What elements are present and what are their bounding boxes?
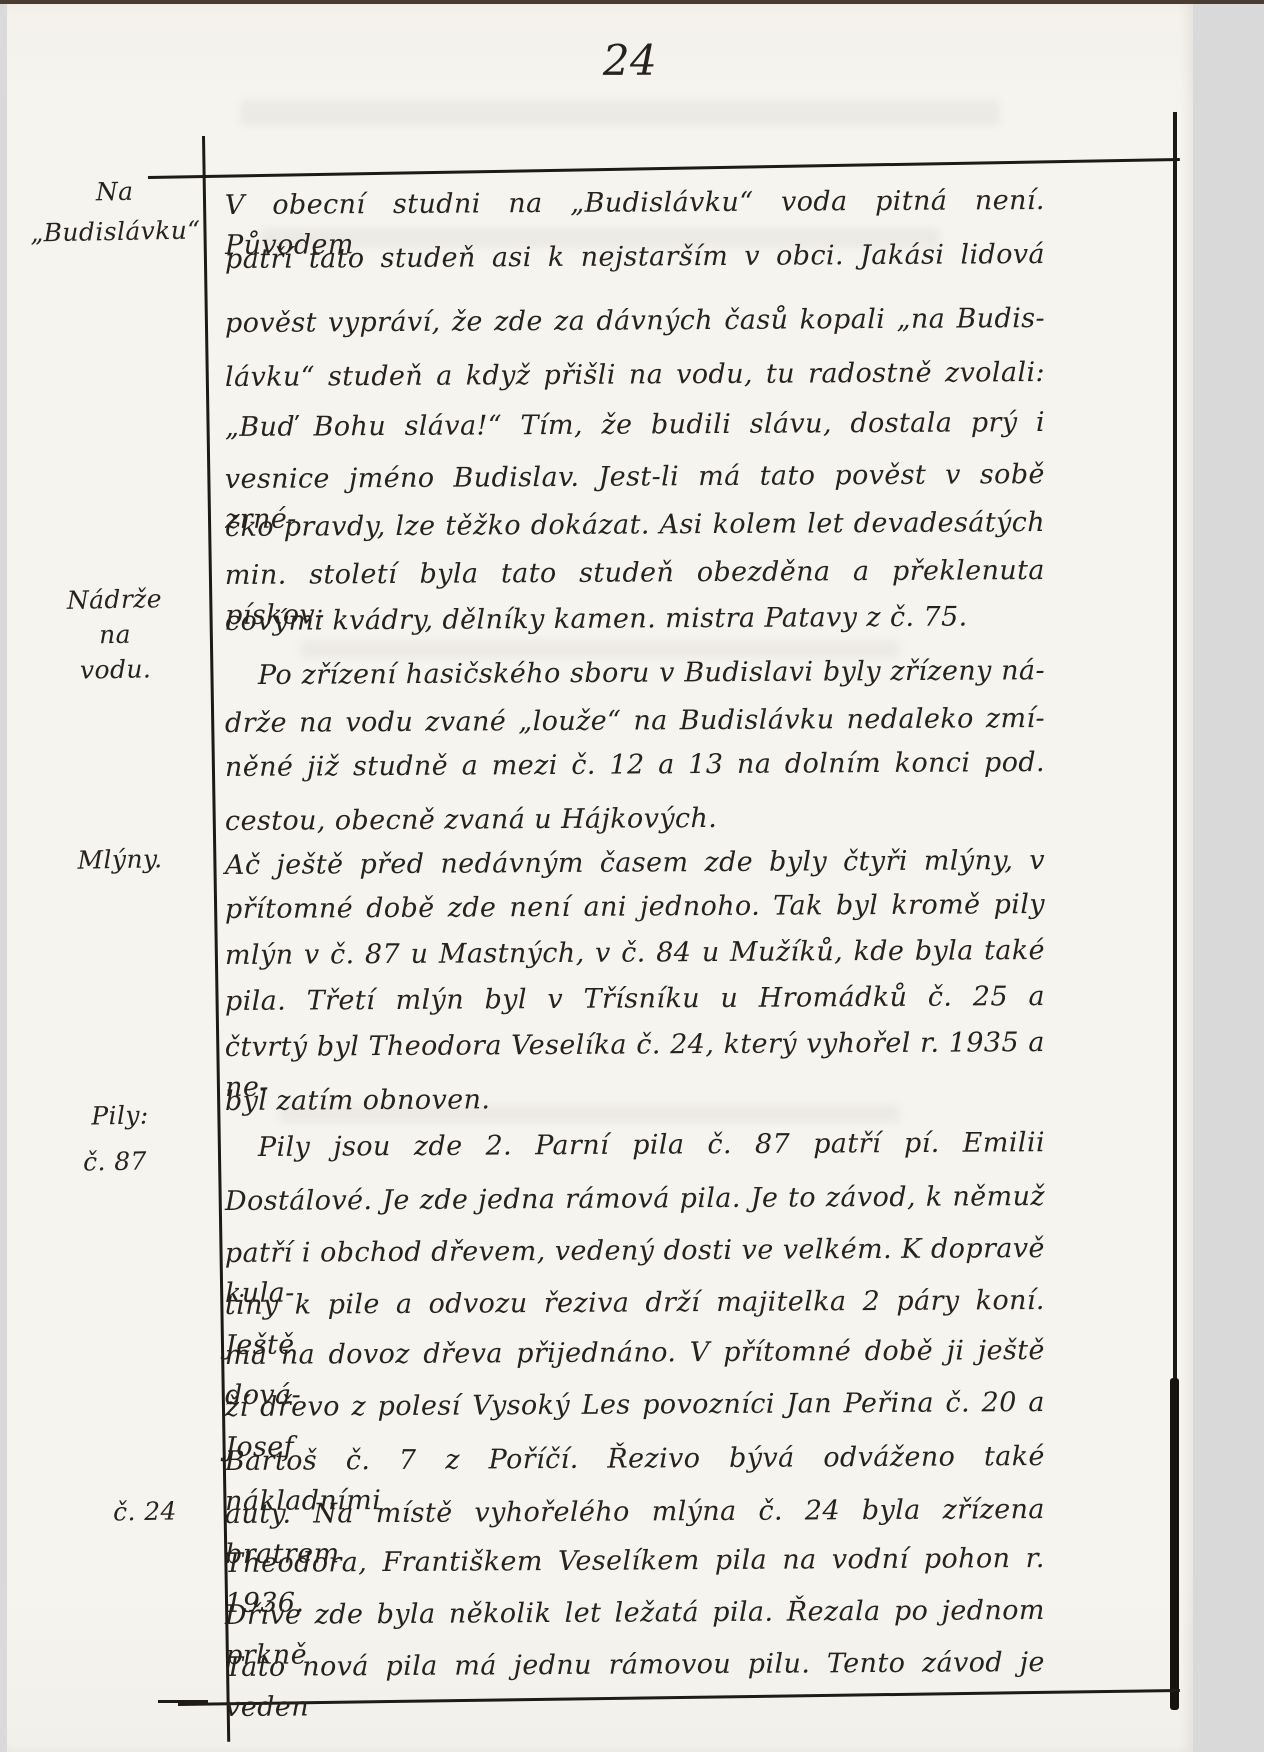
body-line: „Buď Bohu sláva!“ Tím, že budili slávu, … xyxy=(225,403,1045,448)
right-rule-line-lower xyxy=(1170,1378,1179,1710)
margin-note-c24: č. 24 xyxy=(95,1491,196,1533)
body-line: čko pravdy, lze těžko dokázat. Asi kolem… xyxy=(225,503,1045,548)
body-line: mlýn v č. 87 u Mastných, v č. 84 u Mužík… xyxy=(225,931,1045,976)
body-line: lávku“ studeň a když přišli na vodu, tu … xyxy=(225,353,1045,398)
margin-note-line: „Budislávku“ xyxy=(25,210,206,253)
body-line: pověst vypráví, že zde za dávných časů k… xyxy=(225,299,1045,344)
body-line: Ač ještě před nedávným časem zde byly čt… xyxy=(225,841,1045,886)
body-line: Pily jsou zde 2. Parní pila č. 87 patří … xyxy=(258,1123,1045,1168)
margin-note-line: Mlýny. xyxy=(55,839,186,881)
body-line: cestou, obecně zvaná u Hájkových. xyxy=(225,797,1045,842)
body-line: Po zřízení hasičského sboru v Budislavi … xyxy=(258,651,1045,696)
margin-note-line: Nádrže xyxy=(44,581,185,618)
margin-note-na-budislavku: Na „Budislávku“ xyxy=(24,170,205,253)
right-rule-line xyxy=(1173,112,1177,1412)
margin-note-line: vodu. xyxy=(45,651,186,688)
margin-note-line: č. 24 xyxy=(95,1491,196,1533)
body-line: přítomné době zde není ani jednoho. Tak … xyxy=(225,885,1045,930)
bleed-through-smear xyxy=(240,100,1000,126)
scanned-chronicle-page: 24 Na „Budislávku“ Nádrže na vodu. Mlýny… xyxy=(0,0,1264,1752)
bottom-left-tick xyxy=(158,1700,208,1703)
margin-note-mlyny: Mlýny. xyxy=(55,839,186,881)
body-line: Tato nová pila má jednu rámovou pilu. Te… xyxy=(225,1643,1045,1728)
body-line: pila. Třetí mlýn byl v Třísníku u Hromád… xyxy=(225,977,1045,1022)
body-line: byl zatím obnoven. xyxy=(225,1077,1045,1122)
margin-note-line: č. 87 xyxy=(55,1141,176,1183)
body-line: něné již studně a mezi č. 12 a 13 na dol… xyxy=(225,743,1045,788)
page-number: 24 xyxy=(560,36,700,85)
scan-top-edge xyxy=(0,0,1264,4)
margin-note-line: na xyxy=(45,616,186,653)
margin-note-line: Pily: xyxy=(60,1095,181,1137)
margin-note-c87: č. 87 xyxy=(55,1141,176,1183)
body-line: Dostálové. Je zde jedna rámová pila. Je … xyxy=(225,1177,1045,1222)
body-line: drže na vodu zvané „louže“ na Budislávku… xyxy=(225,699,1045,744)
body-line: patří tato studeň asi k nejstarším v obc… xyxy=(225,235,1045,280)
body-line: covými kvádry, dělníky kamen. mistra Pat… xyxy=(225,597,1045,642)
margin-note-pily: Pily: xyxy=(60,1095,181,1137)
margin-note-line: Na xyxy=(24,170,205,213)
margin-note-nadrze-na-vodu: Nádrže na vodu. xyxy=(44,581,186,688)
